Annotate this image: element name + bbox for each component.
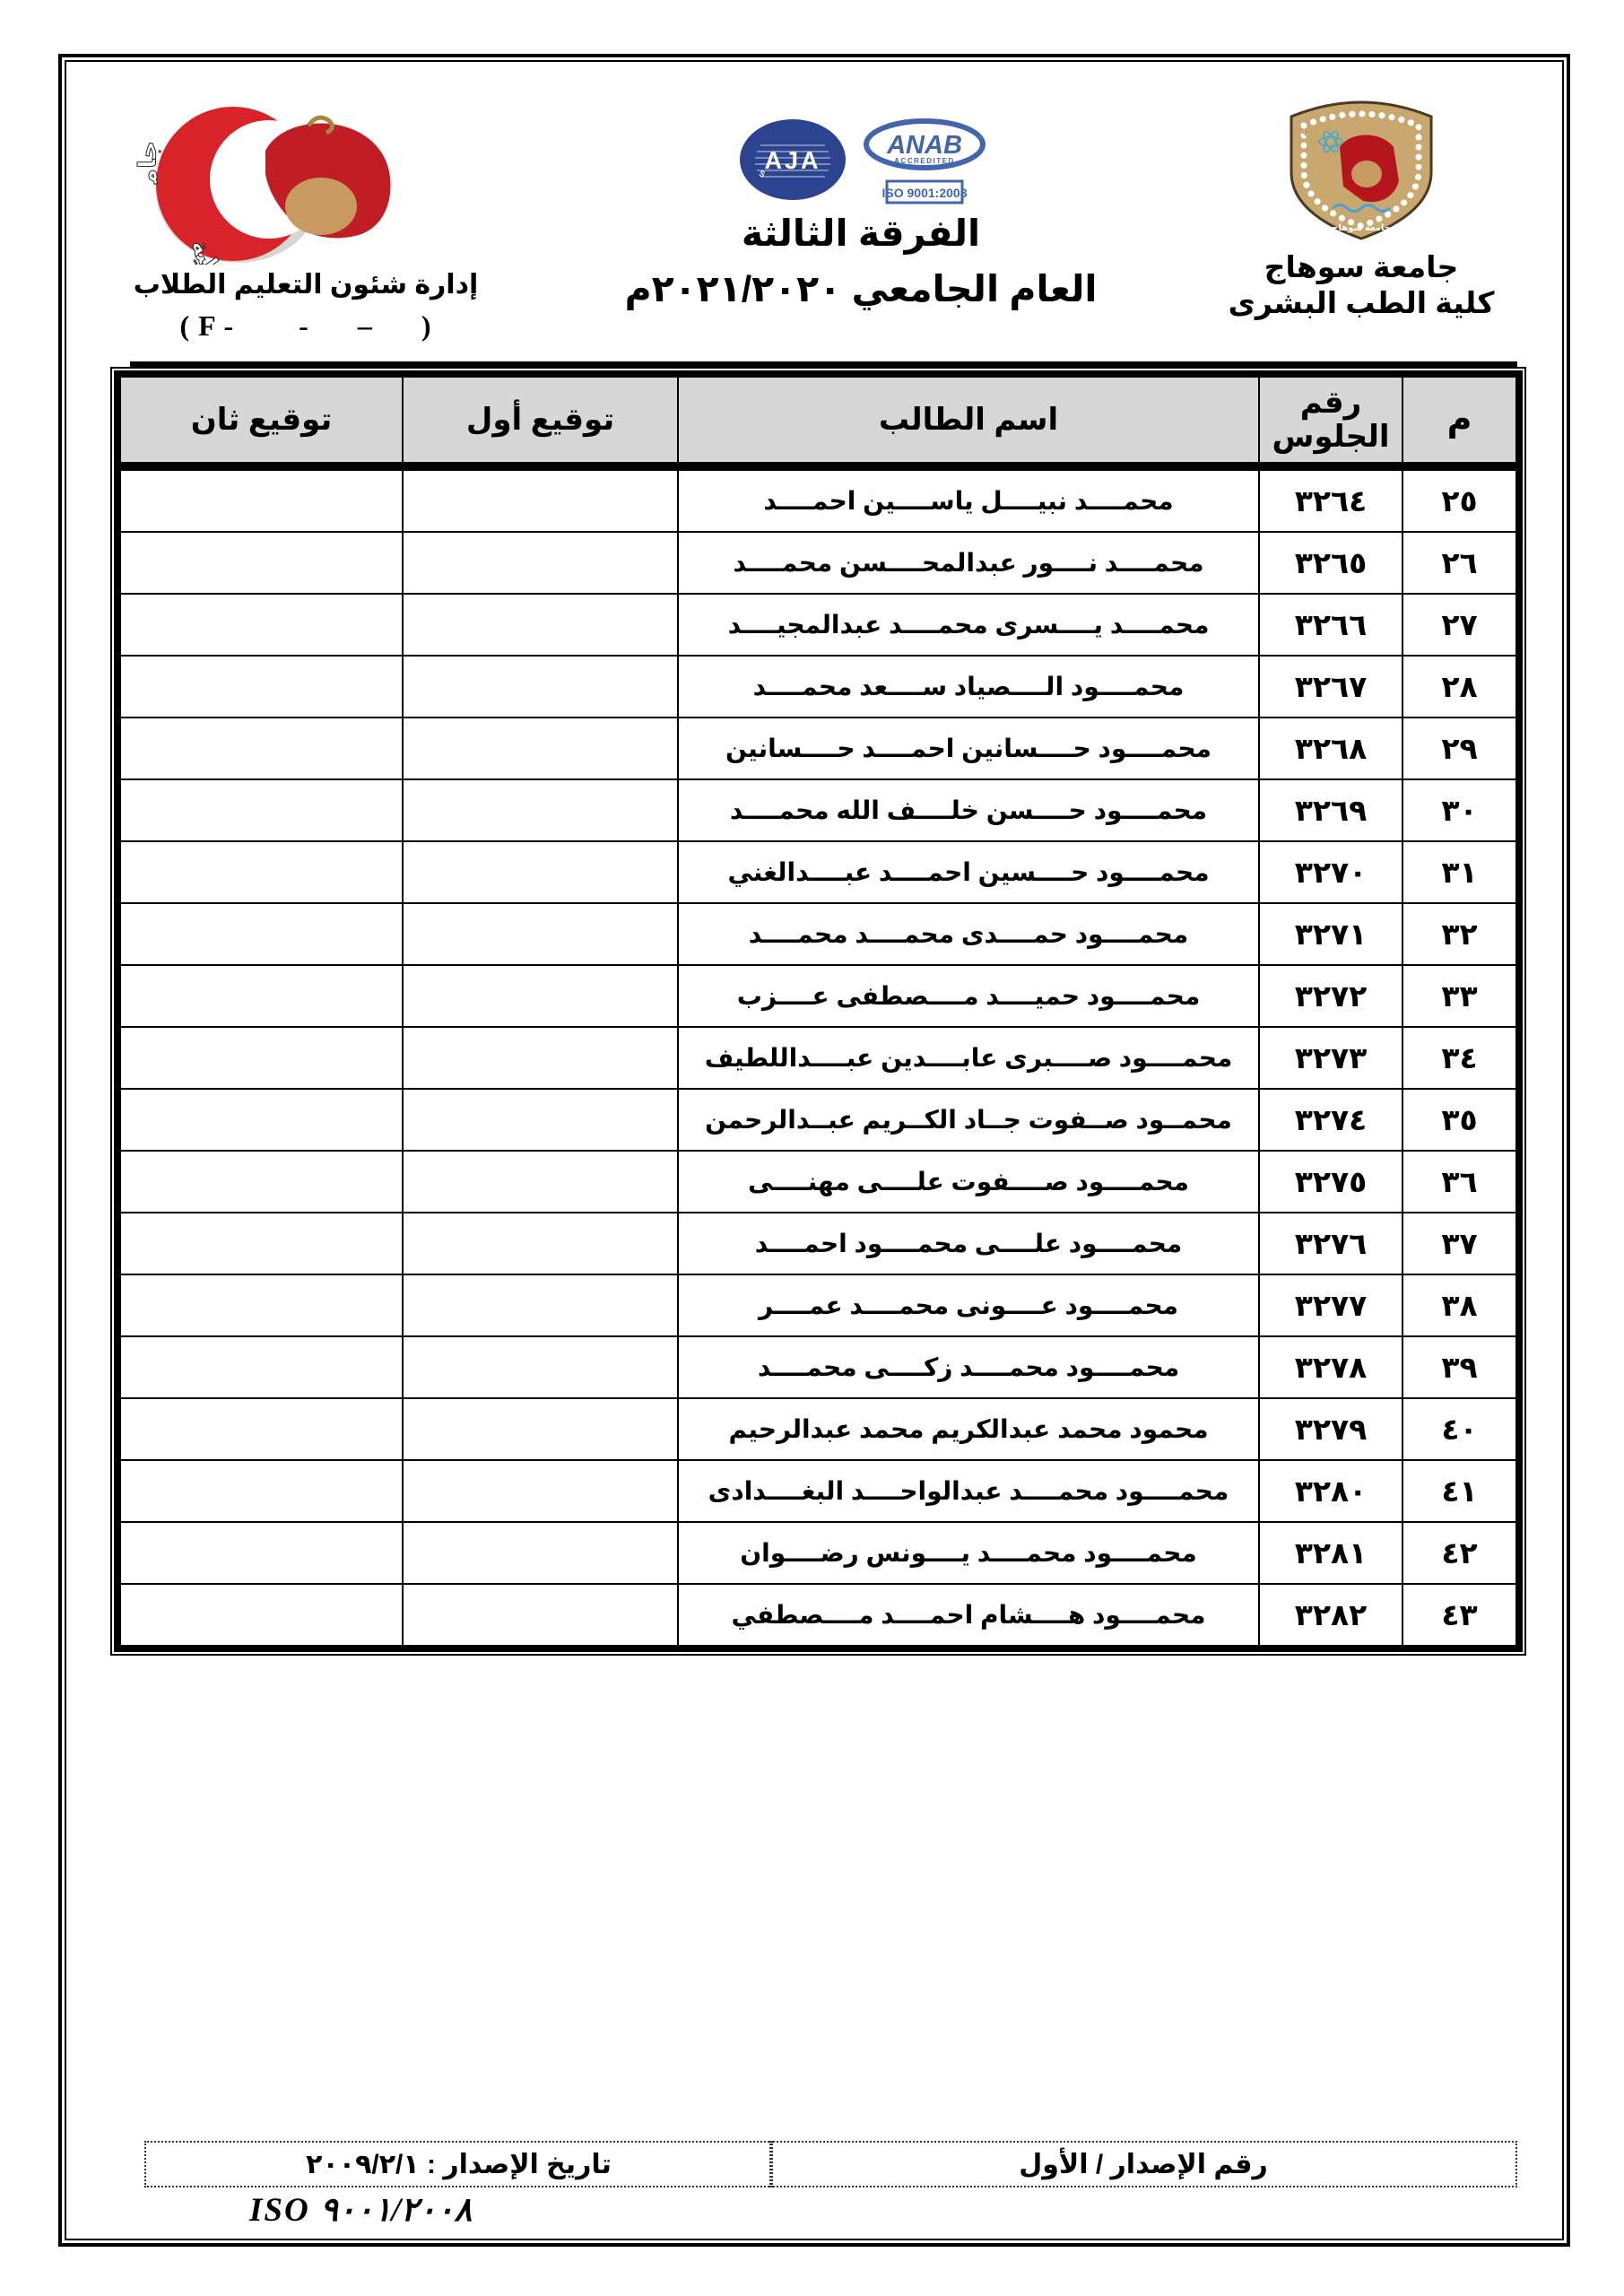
class-title: الفرقة الثالثة xyxy=(574,212,1148,255)
iso-standard-label: ISO ٩٠٠١/٢٠٠٨ xyxy=(249,2190,472,2230)
col-header-student-name: اسم الطالب xyxy=(678,374,1259,466)
seat-number-cell: ٣٢٨٠ xyxy=(1259,1460,1403,1522)
table-row: ٣٢ ٣٢٧١ محمــــود حمــــدى محمــــد محمـ… xyxy=(117,903,1519,965)
pharaoh-face xyxy=(285,178,357,235)
student-name-cell: محمــــود عــــونى محمــــد عمــــر xyxy=(678,1274,1259,1336)
student-name-cell: محمــــد نــــور عبدالمحــــسن محمــــد xyxy=(678,532,1259,594)
academic-year-title: العام الجامعي ٢٠٢١/٢٠٢٠م xyxy=(538,267,1184,310)
seat-number-cell: ٣٢٧٦ xyxy=(1259,1213,1403,1274)
seat-number-cell: ٣٢٨٢ xyxy=(1259,1584,1403,1648)
seat-number-cell: ٣٢٧٢ xyxy=(1259,965,1403,1027)
student-name-cell: محمــــد نبيــــل ياســــين احمــــد xyxy=(678,466,1259,532)
university-name: جامعة سوهاج xyxy=(1227,249,1496,285)
seat-number-cell: ٣٢٧٩ xyxy=(1259,1398,1403,1460)
student-name-cell: محمــــود صــــبرى عابــــدين عبــــدالل… xyxy=(678,1027,1259,1089)
header-divider-rule xyxy=(130,361,1517,369)
anab-label: ANAB xyxy=(886,131,962,160)
aja-registrars-logo: ANGLO JAPANESE AMERICAN AJA REGISTRARS xyxy=(737,118,848,201)
issue-date-label: تاريخ الإصدار : ٢٠٠٩/٢/١ xyxy=(306,2149,612,2180)
seat-number-cell: ٣٢٧٧ xyxy=(1259,1274,1403,1336)
table-row: ٣٧ ٣٢٧٦ محمــــود علــــى محمــــود احمـ… xyxy=(117,1213,1519,1274)
table-row: ٢٩ ٣٢٦٨ محمــــود حــــسانين احمــــد حـ… xyxy=(117,717,1519,779)
student-name-cell: محمــــود الــــصياد ســــعد محمــــد xyxy=(678,656,1259,717)
table-row: ٣٣ ٣٢٧٢ محمــــود حميــــد مــــصطفى عــ… xyxy=(117,965,1519,1027)
table-row: ٤١ ٣٢٨٠ محمــــود محمــــد عبدالواحــــد… xyxy=(117,1460,1519,1522)
second-signature-cell xyxy=(117,532,403,594)
second-signature-cell xyxy=(117,1027,403,1089)
serial-number-cell: ٣٩ xyxy=(1403,1336,1519,1398)
second-signature-cell xyxy=(117,466,403,532)
student-name-cell: محمــــود حــــسن خلــــف الله محمــــد xyxy=(678,779,1259,841)
student-name-cell: محمــــود هــــشام احمــــد مــــصطفي xyxy=(678,1584,1259,1648)
anab-accreditation-logo: ANAB ACCREDITED ISO 9001:2008 xyxy=(863,118,988,204)
second-signature-cell xyxy=(117,717,403,779)
table-row: ٣٩ ٣٢٧٨ محمــــود محمــــد زكــــى محمــ… xyxy=(117,1336,1519,1398)
svg-text:جامعة سوهاج: جامعة سوهاج xyxy=(133,99,163,187)
seat-number-cell: ٣٢٦٧ xyxy=(1259,656,1403,717)
crescent-arc-top-text: جامعة سوهاج xyxy=(133,99,163,187)
second-signature-cell xyxy=(117,1522,403,1584)
seat-number-cell: ٣٢٦٩ xyxy=(1259,779,1403,841)
first-signature-cell xyxy=(403,779,678,841)
student-name-cell: محمــــود محمــــد عبدالواحــــد البغـــ… xyxy=(678,1460,1259,1522)
second-signature-cell xyxy=(117,779,403,841)
serial-number-cell: ٣٣ xyxy=(1403,965,1519,1027)
serial-number-cell: ٢٧ xyxy=(1403,594,1519,656)
second-signature-cell xyxy=(117,841,403,903)
table-row: ٢٦ ٣٢٦٥ محمــــد نــــور عبدالمحــــسن م… xyxy=(117,532,1519,594)
first-signature-cell xyxy=(403,1089,678,1151)
table-row: ٤٠ ٣٢٧٩ محمود محمد عبدالكريم محمد عبدالر… xyxy=(117,1398,1519,1460)
issue-date-box: تاريخ الإصدار : ٢٠٠٩/٢/١ xyxy=(144,2141,773,2187)
department-title: إدارة شئون التعليم الطلاب xyxy=(117,269,494,300)
student-name-cell: محمود محمد عبدالكريم محمد عبدالرحيم xyxy=(678,1398,1259,1460)
first-signature-cell xyxy=(403,532,678,594)
seat-number-cell: ٣٢٧٠ xyxy=(1259,841,1403,903)
table-row: ٣٨ ٣٢٧٧ محمــــود عــــونى محمــــد عمــ… xyxy=(117,1274,1519,1336)
serial-number-cell: ٣٨ xyxy=(1403,1274,1519,1336)
serial-number-cell: ٣٧ xyxy=(1403,1213,1519,1274)
serial-number-cell: ٣١ xyxy=(1403,841,1519,903)
table-row: ٣٥ ٣٢٧٤ محمــود صــفوت جــاد الكــريم عب… xyxy=(117,1089,1519,1151)
student-name-cell: محمــــود محمــــد زكــــى محمــــد xyxy=(678,1336,1259,1398)
students-signature-table: م رقم الجلوس اسم الطالب توقيع أول توقيع … xyxy=(114,370,1523,1652)
student-name-cell: محمــــد يــــسرى محمــــد عبدالمجيــــد xyxy=(678,594,1259,656)
serial-number-cell: ٣٠ xyxy=(1403,779,1519,841)
table-row: ٤٢ ٣٢٨١ محمــــود محمــــد يــــونس رضــ… xyxy=(117,1522,1519,1584)
col-header-serial: م xyxy=(1403,374,1519,466)
serial-number-cell: ٣٤ xyxy=(1403,1027,1519,1089)
issue-number-box: رقم الإصدار / الأول xyxy=(769,2141,1517,2187)
second-signature-cell xyxy=(117,656,403,717)
first-signature-cell xyxy=(403,1398,678,1460)
issue-number-label: رقم الإصدار / الأول xyxy=(1019,2149,1268,2180)
seat-number-cell: ٣٢٧٤ xyxy=(1259,1089,1403,1151)
first-signature-cell xyxy=(403,466,678,532)
table-row: ٢٨ ٣٢٦٧ محمــــود الــــصياد ســــعد محم… xyxy=(117,656,1519,717)
student-name-cell: محمــود صــفوت جــاد الكــريم عبــدالرحم… xyxy=(678,1089,1259,1151)
second-signature-cell xyxy=(117,1584,403,1648)
first-signature-cell xyxy=(403,965,678,1027)
col-header-second-signature: توقيع ثان xyxy=(117,374,403,466)
faculty-of-medicine-crescent-logo: جامعة سوهاج كلية الطب xyxy=(133,99,404,265)
seat-number-cell: ٣٢٧٣ xyxy=(1259,1027,1403,1089)
student-name-cell: محمــــود علــــى محمــــود احمــــد xyxy=(678,1213,1259,1274)
seat-number-cell: ٣٢٦٥ xyxy=(1259,532,1403,594)
shield-pharaoh-face xyxy=(1351,161,1382,187)
form-code: ( F - - – ) xyxy=(117,309,494,343)
first-signature-cell xyxy=(403,1027,678,1089)
second-signature-cell xyxy=(117,1089,403,1151)
first-signature-cell xyxy=(403,656,678,717)
table-row: ٤٣ ٣٢٨٢ محمــــود هــــشام احمــــد مـــ… xyxy=(117,1584,1519,1648)
first-signature-cell xyxy=(403,841,678,903)
col-header-seat-number: رقم الجلوس xyxy=(1259,374,1403,466)
faculty-name: كلية الطب البشرى xyxy=(1227,285,1496,321)
university-name-block: جامعة سوهاج كلية الطب البشرى xyxy=(1227,249,1496,321)
first-signature-cell xyxy=(403,1522,678,1584)
aja-arc-top-text: ANGLO JAPANESE AMERICAN xyxy=(737,118,741,120)
student-name-cell: محمــــود حمــــدى محمــــد محمــــد xyxy=(678,903,1259,965)
aja-label: AJA xyxy=(764,147,821,174)
first-signature-cell xyxy=(403,1460,678,1522)
serial-number-cell: ٣٥ xyxy=(1403,1089,1519,1151)
student-name-cell: محمــــود حــــسانين احمــــد حــــسانين xyxy=(678,717,1259,779)
sohag-university-shield-logo: SOHAG UNIVERSITY جامعة سوهاج xyxy=(1284,95,1438,244)
table-row: ٣٠ ٣٢٦٩ محمــــود حــــسن خلــــف الله م… xyxy=(117,779,1519,841)
serial-number-cell: ٢٩ xyxy=(1403,717,1519,779)
svg-text:ANGLO JAPANESE AMERICAN: ANGLO JAPANESE AMERICAN xyxy=(737,118,741,120)
department-block: إدارة شئون التعليم الطلاب ( F - - – ) xyxy=(117,269,494,343)
serial-number-cell: ٢٥ xyxy=(1403,466,1519,532)
seat-number-cell: ٣٢٧٥ xyxy=(1259,1151,1403,1213)
col-header-first-signature: توقيع أول xyxy=(403,374,678,466)
second-signature-cell xyxy=(117,903,403,965)
second-signature-cell xyxy=(117,594,403,656)
seat-number-cell: ٣٢٦٨ xyxy=(1259,717,1403,779)
serial-number-cell: ٤٠ xyxy=(1403,1398,1519,1460)
serial-number-cell: ٤١ xyxy=(1403,1460,1519,1522)
certification-logos: ANAB ACCREDITED ISO 9001:2008 ANGLO JAPA… xyxy=(737,118,988,204)
first-signature-cell xyxy=(403,1274,678,1336)
student-name-cell: محمــــود صــــفوت علــــى مهنــــى xyxy=(678,1151,1259,1213)
first-signature-cell xyxy=(403,1151,678,1213)
serial-number-cell: ٤٣ xyxy=(1403,1584,1519,1648)
second-signature-cell xyxy=(117,965,403,1027)
first-signature-cell xyxy=(403,594,678,656)
serial-number-cell: ٤٢ xyxy=(1403,1522,1519,1584)
anab-accredited-label: ACCREDITED xyxy=(894,157,954,165)
iso-9001-label: ISO 9001:2008 xyxy=(882,186,968,200)
seat-number-cell: ٣٢٦٤ xyxy=(1259,466,1403,532)
serial-number-cell: ٢٨ xyxy=(1403,656,1519,717)
serial-number-cell: ٣٢ xyxy=(1403,903,1519,965)
first-signature-cell xyxy=(403,717,678,779)
table-row: ٣٤ ٣٢٧٣ محمــــود صــــبرى عابــــدين عب… xyxy=(117,1027,1519,1089)
second-signature-cell xyxy=(117,1213,403,1274)
students-table-body: ٢٥ ٣٢٦٤ محمــــد نبيــــل ياســــين احمـ… xyxy=(117,466,1519,1648)
student-name-cell: محمــــود محمــــد يــــونس رضــــوان xyxy=(678,1522,1259,1584)
document-page: { "colors": { "table_header_gray": "#d7d… xyxy=(0,0,1624,2296)
seat-number-cell: ٣٢٨١ xyxy=(1259,1522,1403,1584)
seat-number-cell: ٣٢٧٨ xyxy=(1259,1336,1403,1398)
student-name-cell: محمــــود حــــسين احمــــد عبــــدالغني xyxy=(678,841,1259,903)
serial-number-cell: ٢٦ xyxy=(1403,532,1519,594)
table-row: ٢٥ ٣٢٦٤ محمــــد نبيــــل ياســــين احمـ… xyxy=(117,466,1519,532)
second-signature-cell xyxy=(117,1336,403,1398)
first-signature-cell xyxy=(403,903,678,965)
second-signature-cell xyxy=(117,1151,403,1213)
shield-banner-text: جامعة سوهاج xyxy=(1332,223,1391,233)
table-row: ٣٦ ٣٢٧٥ محمــــود صــــفوت علــــى مهنــ… xyxy=(117,1151,1519,1213)
seat-number-cell: ٣٢٧١ xyxy=(1259,903,1403,965)
student-name-cell: محمــــود حميــــد مــــصطفى عــــزب xyxy=(678,965,1259,1027)
table-row: ٢٧ ٣٢٦٦ محمــــد يــــسرى محمــــد عبدال… xyxy=(117,594,1519,656)
first-signature-cell xyxy=(403,1336,678,1398)
second-signature-cell xyxy=(117,1460,403,1522)
serial-number-cell: ٣٦ xyxy=(1403,1151,1519,1213)
first-signature-cell xyxy=(403,1213,678,1274)
table-row: ٣١ ٣٢٧٠ محمــــود حــــسين احمــــد عبــ… xyxy=(117,841,1519,903)
seat-number-cell: ٣٢٦٦ xyxy=(1259,594,1403,656)
first-signature-cell xyxy=(403,1584,678,1648)
table-header-row: م رقم الجلوس اسم الطالب توقيع أول توقيع … xyxy=(117,374,1519,466)
second-signature-cell xyxy=(117,1274,403,1336)
second-signature-cell xyxy=(117,1398,403,1460)
